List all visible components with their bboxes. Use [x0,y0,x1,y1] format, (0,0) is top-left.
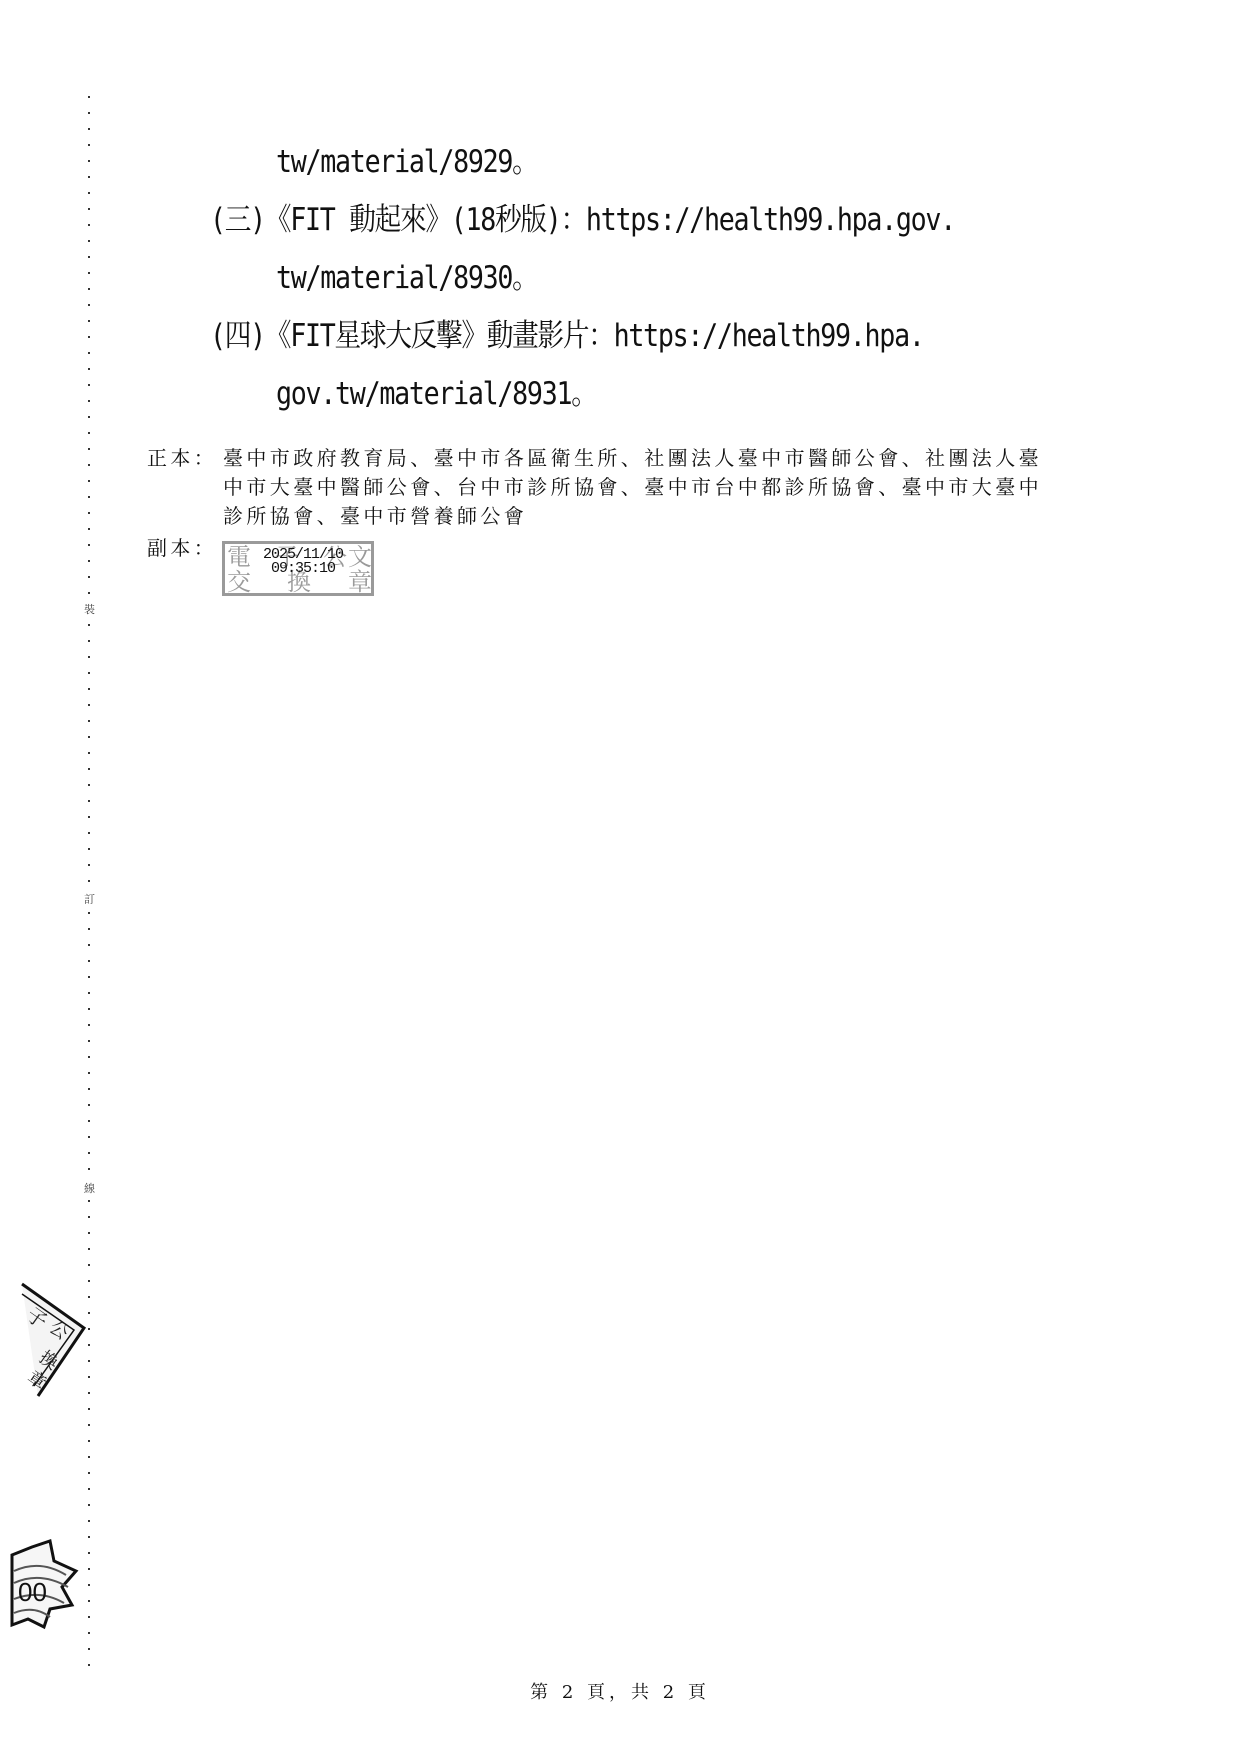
stamp-char: 電 [227,545,251,569]
body-line-continuation: gov.tw/material/8931。 [276,376,597,412]
stamp-char: 交 [227,570,251,594]
body-line-item-4: (四)《FIT星球大反擊》動畫影片：https://health99.hpa. [210,318,924,354]
binding-mark-xian: 線 [84,1183,95,1195]
original-recipients-line: 臺中市政府教育局、臺中市各區衛生所、社團法人臺中市醫師公會、社團法人臺 [223,444,1042,473]
svg-text:00: 00 [18,1577,47,1607]
body-line-continuation: tw/material/8929。 [276,144,538,180]
body-line-continuation: tw/material/8930。 [276,260,538,296]
copy-recipients-label: 副本： [147,534,217,563]
rosette-seal-icon: 00 [10,1535,80,1630]
stamp-char: 章 [348,570,372,594]
electronic-exchange-stamp: 電 子 公 文 交 換 章 2025/11/10 09:35:10 [222,541,374,596]
page-footer: 第 2 頁，共 2 頁 [0,1678,1240,1704]
stamp-timestamp: 2025/11/10 09:35:10 [263,548,343,576]
binding-dotted-line [88,96,92,1676]
binding-mark-ding: 訂 [84,894,95,906]
stamp-time: 09:35:10 [263,562,343,576]
body-line-item-3: (三)《FIT 動起來》(18秒版)：https://health99.hpa.… [210,202,955,238]
seal-stamp-icon: 子 公 換 章 [18,1280,88,1400]
binding-mark-zhuang: 裝 [84,604,95,616]
original-recipients-label: 正本： [147,444,217,473]
original-recipients-line: 中市大臺中醫師公會、台中市診所協會、臺中市台中都診所協會、臺中市大臺中 [223,473,1042,502]
original-recipients-line: 診所協會、臺中市營養師公會 [223,502,527,531]
stamp-char: 文 [348,545,372,569]
